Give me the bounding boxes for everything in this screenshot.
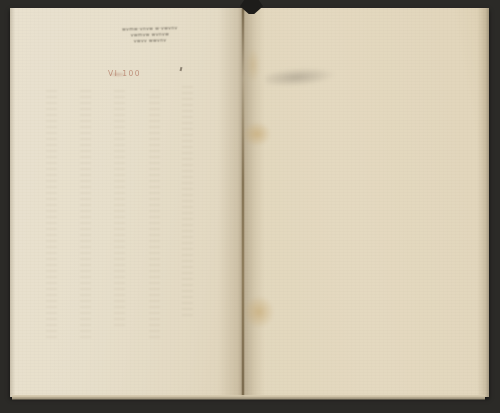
bleedthrough-text-column bbox=[114, 86, 125, 326]
bleedthrough-text-column bbox=[149, 86, 160, 338]
bleedthrough-text-column bbox=[46, 86, 57, 338]
left-page: wvmw·vnvw w·vwvnv vwmvw wvnvw vwvv wwvnv… bbox=[10, 8, 243, 397]
page-stack-edge bbox=[12, 395, 485, 400]
spine-fold-line bbox=[242, 8, 244, 397]
bleedthrough-text-column bbox=[80, 86, 91, 338]
right-page bbox=[243, 8, 489, 397]
fold-stain bbox=[246, 48, 260, 82]
shelfmark-stamp: VI 100 bbox=[108, 69, 141, 78]
fold-stain bbox=[244, 296, 274, 328]
paper-texture bbox=[10, 8, 243, 397]
fold-stain bbox=[243, 122, 271, 146]
scanner-background: wvmw·vnvw w·vwvnv vwmvw wvnvw vwvv wwvnv… bbox=[0, 0, 500, 413]
book-spread: wvmw·vnvw w·vwvnv vwmvw wvnvw vwvv wwvnv… bbox=[10, 8, 489, 397]
spine-shadow bbox=[218, 8, 243, 397]
bleedthrough-text-column bbox=[182, 86, 193, 316]
paper-texture bbox=[243, 8, 489, 397]
library-ink-stamp: wvmw·vnvw w·vwvnv vwmvw wvnvw vwvv wwvnv bbox=[110, 26, 190, 46]
